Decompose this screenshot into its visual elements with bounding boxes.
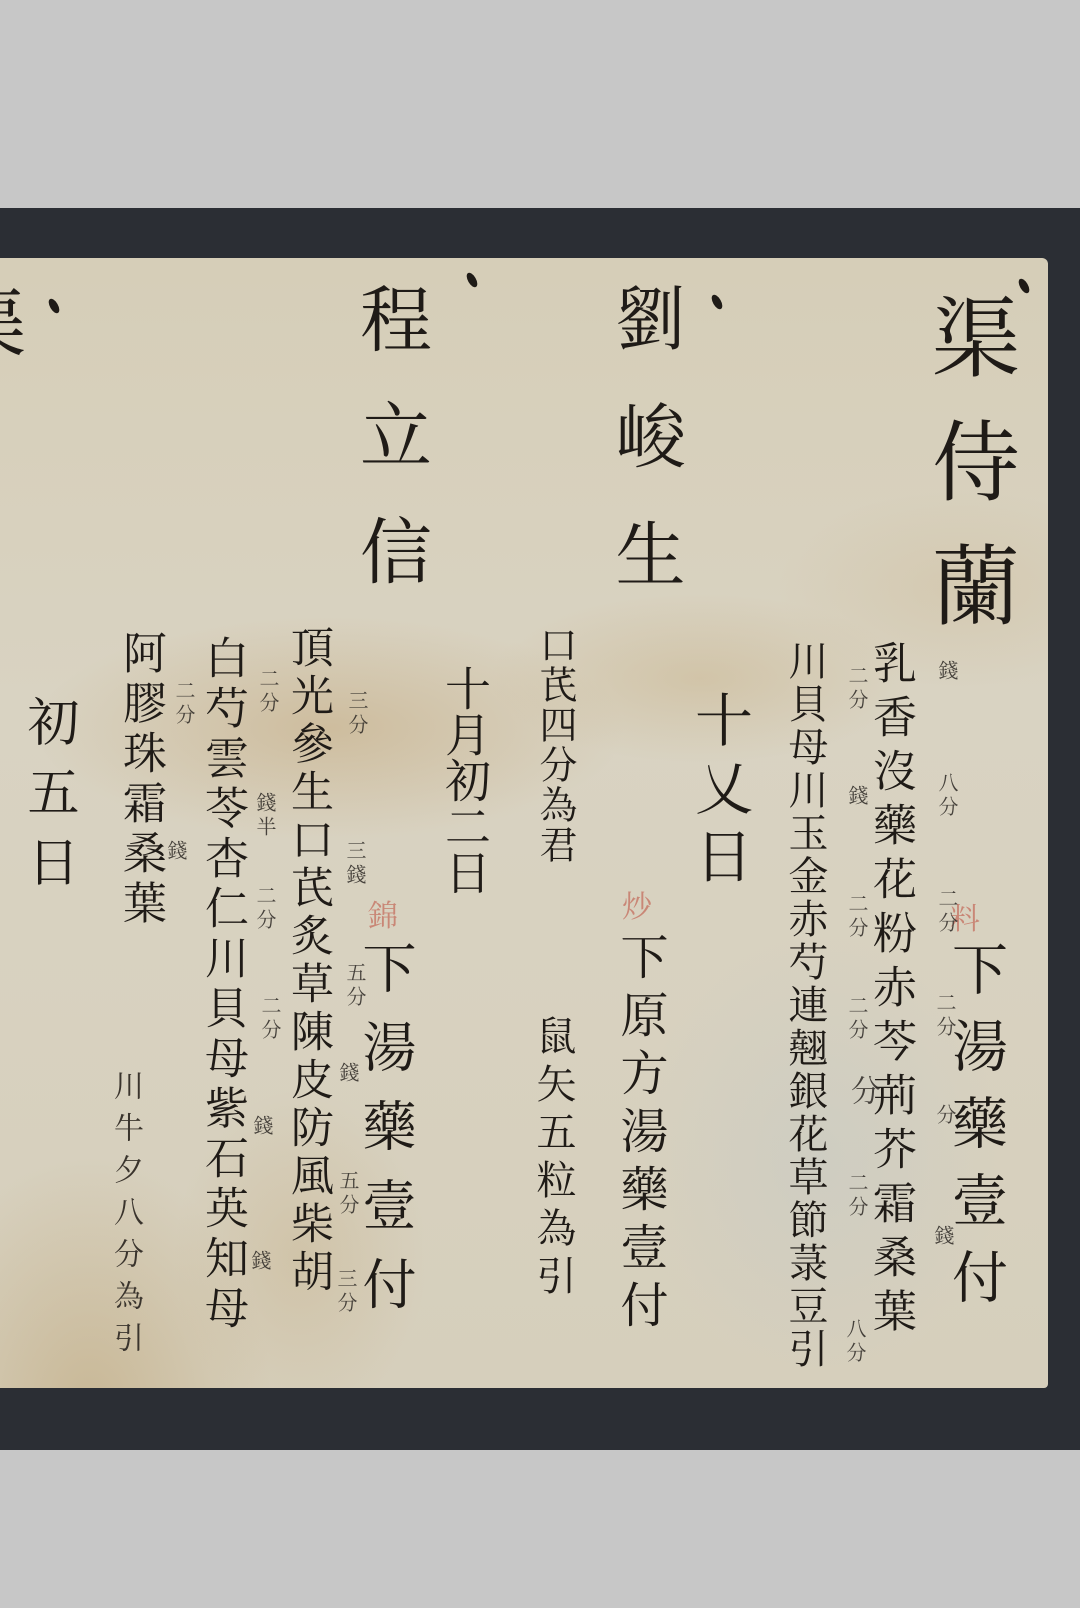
dosage-note: 二分 bbox=[935, 992, 955, 1040]
herb-list: 白芍雲苓杏仁川貝母紫石英知母 bbox=[200, 635, 244, 1335]
dosage-note: 二分 bbox=[174, 680, 194, 728]
dosage-note: 二分 bbox=[258, 668, 278, 716]
date-entry: 十月初二日 bbox=[442, 665, 488, 895]
dosage-note: 三分 bbox=[336, 1268, 356, 1316]
date-entry: 初五日 bbox=[22, 695, 74, 905]
order-line: 下原方湯藥壹付 bbox=[616, 932, 664, 1338]
dosage-note: 三錢 bbox=[345, 840, 365, 888]
prescription-note: 川牛夕八分為引 bbox=[110, 1070, 140, 1364]
dosage-note: 八分 bbox=[937, 772, 957, 820]
dosage-note: 二分 bbox=[937, 888, 957, 936]
dosage-note: 錢 bbox=[166, 840, 186, 864]
partial-character: 渠 bbox=[0, 285, 20, 360]
dosage-note: 錢 bbox=[338, 1062, 358, 1086]
dosage-note: 二分 bbox=[847, 665, 867, 713]
red-seal-mark: 錦 bbox=[368, 902, 398, 932]
dosage-note: 二分 bbox=[260, 995, 280, 1043]
dosage-note: 錢 bbox=[252, 1115, 272, 1139]
dosage-note: 錢半 bbox=[255, 792, 275, 840]
patient-name-qu: 渠侍蘭 bbox=[925, 292, 1013, 664]
dosage-note: 分 bbox=[847, 1075, 877, 1109]
prescription-note: 口芪四分為君 bbox=[536, 625, 574, 865]
herb-list: 阿膠珠霜桑葉 bbox=[118, 630, 162, 930]
dosage-note: 錢 bbox=[847, 785, 867, 809]
herb-list: 川貝母川玉金赤芍連翹銀花草節菉豆引 bbox=[785, 640, 825, 1371]
herb-list: 乳香沒藥花粉赤芩荊芥霜桑葉 bbox=[868, 640, 912, 1342]
dosage-note: 二分 bbox=[847, 1172, 867, 1220]
dosage-note: 五分 bbox=[338, 1170, 358, 1218]
dosage-note: 錢 bbox=[250, 1250, 270, 1274]
dosage-note: 五分 bbox=[345, 962, 365, 1010]
dosage-note: 分 bbox=[935, 1104, 955, 1128]
dosage-note: 錢 bbox=[937, 660, 957, 684]
red-seal-mark: 炒 bbox=[622, 893, 652, 923]
dosage-note: 錢 bbox=[933, 1225, 953, 1249]
prescription-note: 鼠矢五粒為引 bbox=[533, 1015, 573, 1303]
patient-name-liu: 劉峻生 bbox=[610, 282, 680, 636]
herb-list: 頂光參生口芪炙草陳皮防風柴胡 bbox=[287, 625, 330, 1297]
date-entry: 十乂日 bbox=[690, 690, 748, 894]
dosage-note: 二分 bbox=[847, 893, 867, 941]
dosage-note: 三分 bbox=[347, 690, 367, 738]
dosage-note: 八分 bbox=[845, 1318, 865, 1366]
dosage-note: 二分 bbox=[255, 885, 275, 933]
patient-name-cheng: 程立信 bbox=[354, 282, 426, 630]
dosage-note: 二分 bbox=[847, 995, 867, 1043]
